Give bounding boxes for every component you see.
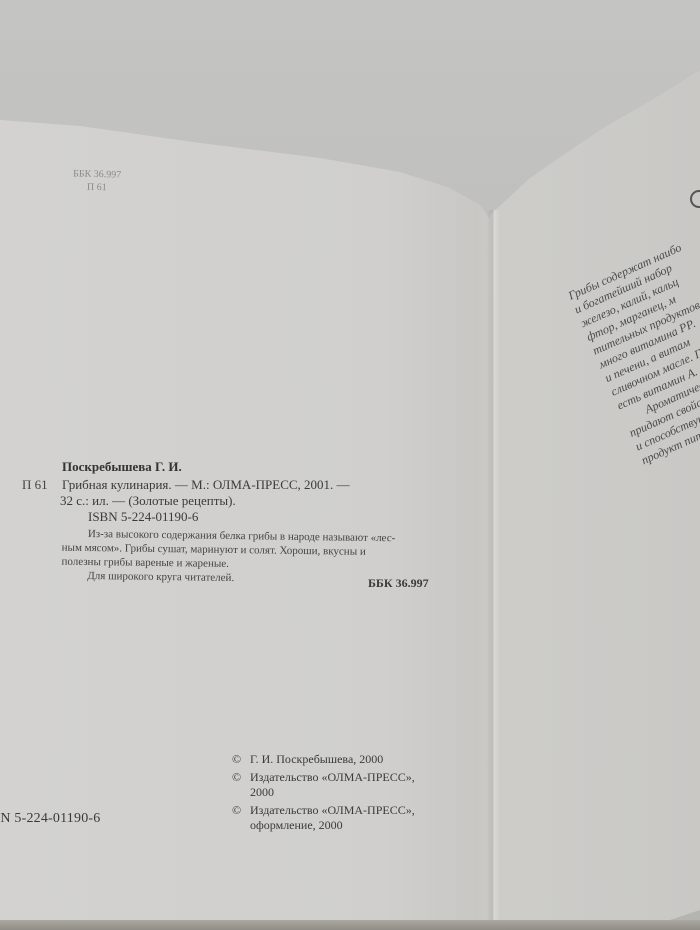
copyright-publisher: © Издательство «ОЛМА-ПРЕСС», 2000 — [232, 770, 415, 800]
book-bottom-edge — [0, 920, 700, 930]
author-mark-top: П 61 — [62, 180, 132, 195]
copyright-icon: © — [232, 770, 241, 785]
record-pages-line: 32 с.: ил. — (Золотые рецепты). — [60, 493, 350, 509]
copyright-icon: © — [232, 752, 241, 767]
record-title-line: Грибная кулинария. — М.: ОЛМА-ПРЕСС, 200… — [62, 477, 350, 493]
record-catalog-code: П 61 — [22, 477, 48, 493]
bbk-code-top: ББК 36.997 — [62, 167, 132, 182]
copyright-author: © Г. И. Поскребышева, 2000 — [232, 752, 415, 767]
classification-block: ББК 36.997 П 61 — [62, 167, 133, 195]
copyright-block: © Г. И. Поскребышева, 2000 © Издательств… — [232, 752, 415, 836]
annotation: Из-за высокого содержания белка грибы в … — [87, 527, 395, 587]
record-author: Поскребышева Г. И. — [62, 459, 182, 475]
book-gutter — [486, 210, 500, 930]
bibliographic-record: Грибная кулинария. — М.: ОЛМА-ПРЕСС, 200… — [62, 477, 350, 525]
isbn-bottom: ISBN 5-224-01190-6 — [0, 811, 100, 827]
bbk-footer: ББК 36.997 — [368, 576, 429, 591]
copyright-design: © Издательство «ОЛМА-ПРЕСС», оформление,… — [232, 803, 415, 833]
record-isbn-line: ISBN 5-224-01190-6 — [62, 509, 350, 525]
copyright-icon: © — [232, 803, 241, 818]
